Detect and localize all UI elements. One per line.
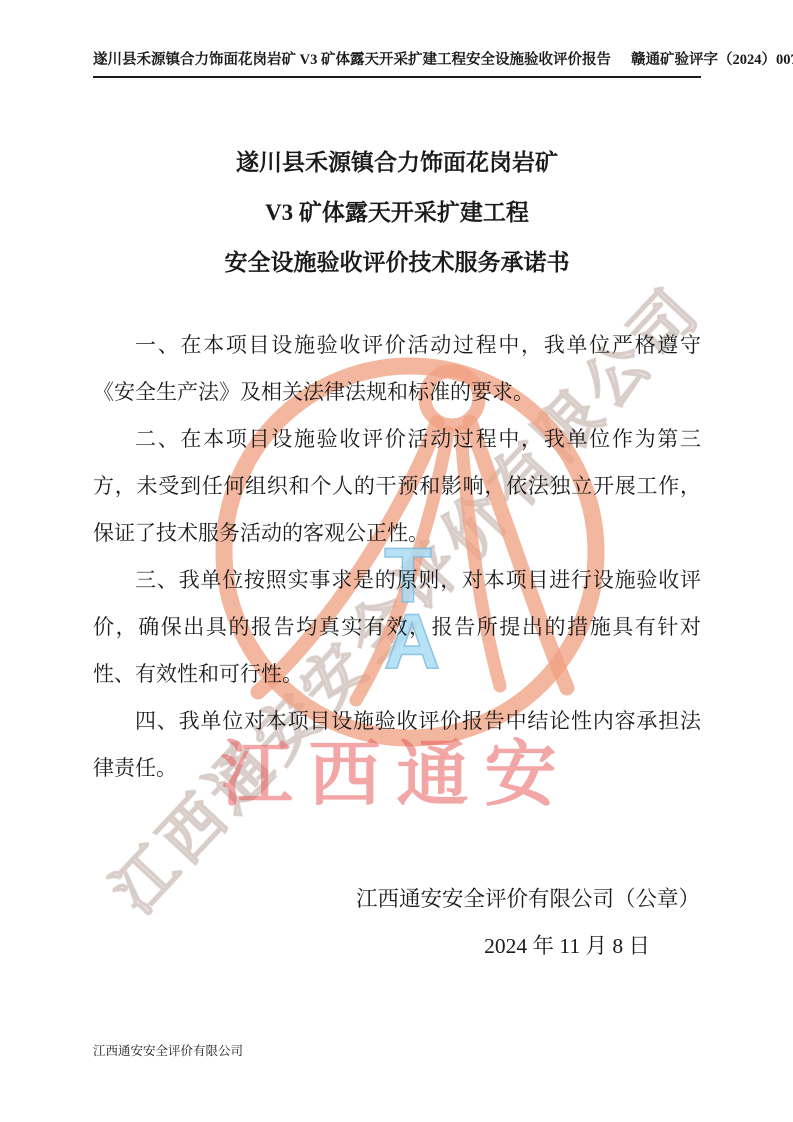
header-report-title: 遂川县禾源镇合力饰面花岗岩矿 V3 矿体露天开采扩建工程安全设施验收评价报告 (93, 48, 611, 69)
paragraph-1: 一、在本项目设施验收评价活动过程中，我单位严格遵守《安全生产法》及相关法律法规和… (93, 322, 701, 416)
paragraph-4: 四、我单位对本项目设施验收评价报告中结论性内容承担法律责任。 (93, 698, 701, 792)
title-line-3: 安全设施验收评价技术服务承诺书 (93, 238, 701, 288)
page-footer-company: 江西通安安全评价有限公司 (93, 1041, 243, 1059)
title-line-2: V3 矿体露天开采扩建工程 (93, 188, 701, 238)
header-document-number: 赣通矿验评字（2024）007 号 (631, 48, 793, 69)
document-body: 一、在本项目设施验收评价活动过程中，我单位严格遵守《安全生产法》及相关法律法规和… (93, 322, 701, 792)
document-content: 遂川县禾源镇合力饰面花岗岩矿 V3 矿体露天开采扩建工程安全设施验收评价报告 赣… (0, 0, 793, 1122)
paragraph-3: 三、我单位按照实事求是的原则，对本项目进行设施验收评价，确保出具的报告均真实有效… (93, 557, 701, 698)
page-header: 遂川县禾源镇合力饰面花岗岩矿 V3 矿体露天开采扩建工程安全设施验收评价报告 赣… (93, 48, 701, 78)
document-page: 江西通安安全评价有限公司 T A 江西通安 遂川县禾源镇合力饰面花岗岩矿 (0, 0, 793, 1122)
signature-company-line: 江西通安安全评价有限公司（公章） (93, 882, 700, 913)
title-line-1: 遂川县禾源镇合力饰面花岗岩矿 (93, 138, 701, 188)
signature-date-line: 2024 年 11 月 8 日 (93, 929, 650, 960)
paragraph-2: 二、在本项目设施验收评价活动过程中，我单位作为第三方，未受到任何组织和个人的干预… (93, 416, 701, 557)
document-title: 遂川县禾源镇合力饰面花岗岩矿 V3 矿体露天开采扩建工程 安全设施验收评价技术服… (93, 138, 701, 288)
